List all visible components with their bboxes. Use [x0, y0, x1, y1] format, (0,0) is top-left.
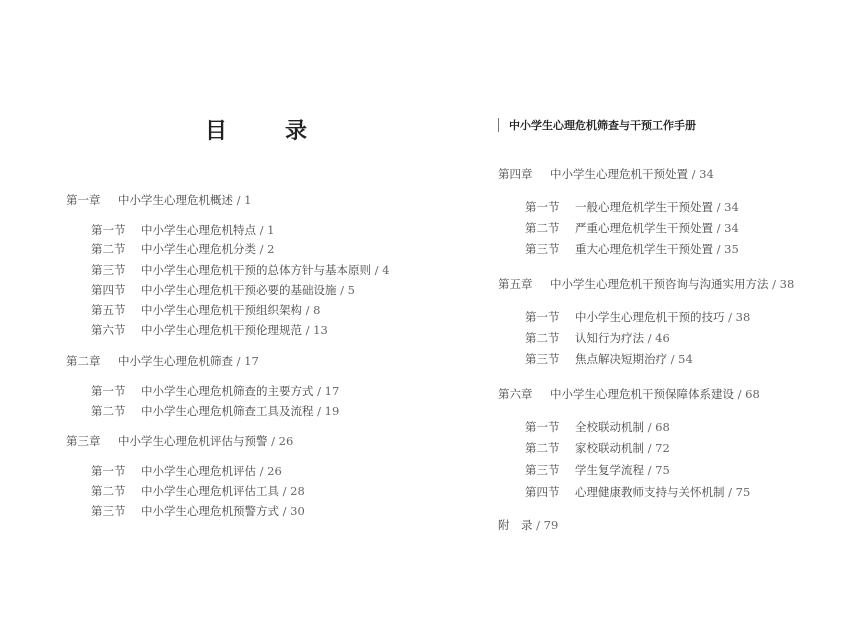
toc-section-entry[interactable]: 第三节焦点解决短期治疗 / 54 — [525, 351, 693, 367]
entry-page-number: / 46 — [648, 331, 670, 345]
entry-page-number: / 79 — [536, 518, 558, 532]
entry-label: 第二节 — [91, 241, 141, 257]
entry-page-number: / 1 — [260, 223, 275, 237]
entry-label: 第三节 — [525, 241, 575, 257]
entry-title: 中小学生心理危机干预咨询与沟通实用方法 — [550, 277, 769, 291]
entry-page-number: / 68 — [648, 420, 670, 434]
entry-title: 中小学生心理危机概述 — [118, 193, 233, 207]
entry-title: 中小学生心理危机筛查工具及流程 — [141, 404, 314, 418]
entry-title: 中小学生心理危机特点 — [141, 223, 256, 237]
entry-title: 中小学生心理危机干预必要的基础设施 — [141, 283, 337, 297]
entry-title: 中小学生心理危机干预组织架构 — [141, 303, 302, 317]
toc-section-entry[interactable]: 第三节中小学生心理危机干预的总体方针与基本原则 / 4 — [91, 262, 390, 278]
entry-title: 中小学生心理危机分类 — [141, 242, 256, 256]
entry-title: 中小学生心理危机筛查的主要方式 — [141, 384, 314, 398]
toc-section-entry[interactable]: 第一节中小学生心理危机特点 / 1 — [91, 222, 275, 238]
entry-title: 中小学生心理危机干预保障体系建设 — [550, 387, 734, 401]
entry-label: 第四节 — [91, 282, 141, 298]
entry-label: 第一节 — [91, 383, 141, 399]
entry-label: 第一节 — [91, 463, 141, 479]
entry-label: 第一节 — [525, 309, 575, 325]
entry-label: 第三节 — [91, 503, 141, 519]
entry-page-number: / 13 — [306, 323, 328, 337]
entry-page-number: / 35 — [717, 242, 739, 256]
entry-page-number: / 5 — [340, 283, 355, 297]
entry-page-number: / 75 — [728, 485, 750, 499]
entry-page-number: / 28 — [283, 484, 305, 498]
entry-label: 第二节 — [525, 440, 575, 456]
entry-label: 第三节 — [525, 351, 575, 367]
toc-title: 目 录 — [205, 114, 325, 145]
entry-page-number: / 17 — [237, 354, 259, 368]
left-page: 目 录 第一章中小学生心理危机概述 / 1第一节中小学生心理危机特点 / 1第二… — [0, 0, 440, 640]
toc-section-entry[interactable]: 第四节心理健康教师支持与关怀机制 / 75 — [525, 484, 750, 500]
entry-page-number: / 1 — [237, 193, 252, 207]
running-head-divider — [498, 118, 499, 132]
entry-title: 严重心理危机学生干预处置 — [575, 221, 713, 235]
toc-section-entry[interactable]: 第二节中小学生心理危机分类 / 2 — [91, 241, 275, 257]
entry-page-number: / 17 — [317, 384, 339, 398]
entry-label: 第六节 — [91, 322, 141, 338]
entry-title: 焦点解决短期治疗 — [575, 352, 667, 366]
entry-page-number: / 34 — [717, 221, 739, 235]
toc-section-entry[interactable]: 第二节严重心理危机学生干预处置 / 34 — [525, 220, 739, 236]
entry-label: 第一节 — [525, 419, 575, 435]
entry-title: 心理健康教师支持与关怀机制 — [575, 485, 725, 499]
entry-page-number: / 19 — [317, 404, 339, 418]
toc-section-entry[interactable]: 第一节中小学生心理危机干预的技巧 / 38 — [525, 309, 750, 325]
entry-label: 第三章 — [66, 433, 118, 449]
entry-label: 第一节 — [91, 222, 141, 238]
toc-section-entry[interactable]: 第二节家校联动机制 / 72 — [525, 440, 670, 456]
running-head: 中小学生心理危机筛查与干预工作手册 — [498, 117, 696, 133]
entry-label: 第三节 — [525, 462, 575, 478]
entry-label: 附 录 — [498, 518, 533, 532]
entry-title: 家校联动机制 — [575, 441, 644, 455]
entry-page-number: / 54 — [671, 352, 693, 366]
entry-title: 重大心理危机学生干预处置 — [575, 242, 713, 256]
entry-label: 第三节 — [91, 262, 141, 278]
toc-section-entry[interactable]: 第四节中小学生心理危机干预必要的基础设施 / 5 — [91, 282, 355, 298]
entry-page-number: / 4 — [375, 263, 390, 277]
toc-chapter-entry[interactable]: 第六章中小学生心理危机干预保障体系建设 / 68 — [498, 386, 760, 402]
toc-chapter-entry[interactable]: 第五章中小学生心理危机干预咨询与沟通实用方法 / 38 — [498, 276, 794, 292]
entry-label: 第二节 — [91, 403, 141, 419]
entry-title: 学生复学流程 — [575, 463, 644, 477]
toc-chapter-entry[interactable]: 第一章中小学生心理危机概述 / 1 — [66, 192, 252, 208]
entry-page-number: / 26 — [271, 434, 293, 448]
toc-section-entry[interactable]: 第三节学生复学流程 / 75 — [525, 462, 670, 478]
right-page: 中小学生心理危机筛查与干预工作手册 第四章中小学生心理危机干预处置 / 34第一… — [440, 0, 854, 640]
entry-title: 认知行为疗法 — [575, 331, 644, 345]
toc-section-entry[interactable]: 第五节中小学生心理危机干预组织架构 / 8 — [91, 302, 321, 318]
toc-section-entry[interactable]: 第三节重大心理危机学生干预处置 / 35 — [525, 241, 739, 257]
toc-section-entry[interactable]: 第六节中小学生心理危机干预伦理规范 / 13 — [91, 322, 328, 338]
entry-title: 中小学生心理危机干预的总体方针与基本原则 — [141, 263, 371, 277]
entry-page-number: / 34 — [717, 200, 739, 214]
entry-page-number: / 68 — [738, 387, 760, 401]
entry-label: 第一章 — [66, 192, 118, 208]
entry-label: 第二节 — [525, 220, 575, 236]
entry-page-number: / 38 — [728, 310, 750, 324]
entry-page-number: / 30 — [283, 504, 305, 518]
running-head-text: 中小学生心理危机筛查与干预工作手册 — [509, 117, 696, 133]
toc-section-entry[interactable]: 第二节认知行为疗法 / 46 — [525, 330, 670, 346]
entry-page-number: / 26 — [260, 464, 282, 478]
entry-page-number: / 72 — [648, 441, 670, 455]
entry-title: 中小学生心理危机评估与预警 — [118, 434, 268, 448]
entry-label: 第四节 — [525, 484, 575, 500]
toc-chapter-entry[interactable]: 第三章中小学生心理危机评估与预警 / 26 — [66, 433, 293, 449]
entry-title: 中小学生心理危机筛查 — [118, 354, 233, 368]
toc-section-entry[interactable]: 第一节全校联动机制 / 68 — [525, 419, 670, 435]
toc-section-entry[interactable]: 第一节中小学生心理危机筛查的主要方式 / 17 — [91, 383, 339, 399]
entry-label: 第二节 — [91, 483, 141, 499]
entry-title: 一般心理危机学生干预处置 — [575, 200, 713, 214]
entry-title: 中小学生心理危机评估工具 — [141, 484, 279, 498]
entry-title: 中小学生心理危机评估 — [141, 464, 256, 478]
entry-label: 第五章 — [498, 276, 550, 292]
toc-section-entry[interactable]: 第二节中小学生心理危机评估工具 / 28 — [91, 483, 305, 499]
entry-label: 第六章 — [498, 386, 550, 402]
entry-label: 第五节 — [91, 302, 141, 318]
entry-title: 中小学生心理危机干预的技巧 — [575, 310, 725, 324]
entry-title: 中小学生心理危机干预伦理规范 — [141, 323, 302, 337]
toc-section-entry[interactable]: 第一节中小学生心理危机评估 / 26 — [91, 463, 282, 479]
entry-page-number: / 8 — [306, 303, 321, 317]
toc-section-entry[interactable]: 第二节中小学生心理危机筛查工具及流程 / 19 — [91, 403, 339, 419]
entry-title: 中小学生心理危机预警方式 — [141, 504, 279, 518]
toc-chapter-entry[interactable]: 第四章中小学生心理危机干预处置 / 34 — [498, 166, 714, 182]
entry-page-number: / 2 — [260, 242, 275, 256]
entry-label: 第二节 — [525, 330, 575, 346]
entry-label: 第一节 — [525, 199, 575, 215]
entry-page-number: / 34 — [692, 167, 714, 181]
entry-page-number: / 38 — [772, 277, 794, 291]
toc-chapter-entry[interactable]: 第二章中小学生心理危机筛查 / 17 — [66, 353, 259, 369]
entry-label: 第四章 — [498, 166, 550, 182]
toc-section-entry[interactable]: 第一节一般心理危机学生干预处置 / 34 — [525, 199, 739, 215]
entry-title: 全校联动机制 — [575, 420, 644, 434]
toc-section-entry[interactable]: 第三节中小学生心理危机预警方式 / 30 — [91, 503, 305, 519]
entry-label: 第二章 — [66, 353, 118, 369]
entry-page-number: / 75 — [648, 463, 670, 477]
toc-appendix-entry[interactable]: 附 录 / 79 — [498, 517, 558, 533]
entry-title: 中小学生心理危机干预处置 — [550, 167, 688, 181]
